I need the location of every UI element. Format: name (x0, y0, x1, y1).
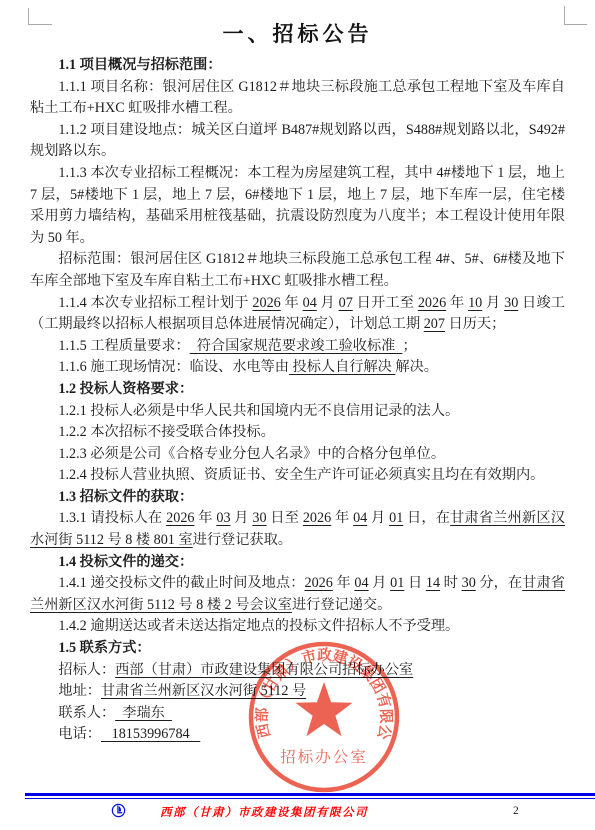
filled-blank-text: 04 (353, 510, 367, 526)
company-logo-icon (111, 802, 126, 819)
text-run: 月 (231, 510, 253, 526)
text-run: 年 (195, 510, 217, 526)
paragraph: 招标人：西部（甘肃）市政建设集团有限公司招标办公室 (30, 660, 565, 682)
text-run: 1.4.2 逾期送达或者未送达指定地点的投标文件招标人不予受理。 (58, 618, 459, 634)
paragraph: 1.2.1 投标人必须是中华人民共和国境内无不良信用记录的法人。 (30, 401, 565, 423)
filled-blank-text: 2026 (252, 295, 280, 311)
paragraph: 联系人： 李瑞东 (30, 703, 565, 725)
filled-blank-text: 207 (424, 316, 445, 332)
page-title: 一、招标公告 (30, 18, 565, 48)
filled-blank-text: 2026 (303, 510, 331, 526)
document-page: 一、招标公告 1.1 项目概况与招标范围：1.1.1 项目名称：银河居住区 G1… (0, 0, 595, 830)
filled-blank-text: 04 (303, 295, 317, 311)
paragraph: 1.2.2 本次招标不接受联合体投标。 (30, 422, 565, 444)
filled-blank-text: 2026 (304, 575, 332, 591)
filled-blank-text: 甘肃省兰州新区汉水河街 5112 号 (101, 683, 306, 699)
text-run: 1.3.1 请投标人在 (58, 510, 166, 526)
paragraph: 1.1.3 本次专业招标工程概况：本工程为房屋建筑工程，其中 4#楼地下 1 层… (30, 163, 565, 249)
text-run: 月 (369, 575, 391, 591)
text-run: ； (402, 338, 416, 354)
paragraph: 1.1.5 工程质量要求： 符合国家规范要求竣工验收标准 ； (30, 336, 565, 358)
filled-blank-text: 03 (216, 510, 230, 526)
filled-blank-text: 10 (468, 295, 482, 311)
filled-blank-text: 符合国家规范要求竣工验收标准 (190, 338, 403, 354)
text-run: 月 (317, 295, 339, 311)
paragraph: 1.2.3 必须是公司《合格专业分包人名录》中的合格分包单位。 (30, 444, 565, 466)
text-run: 1.1.6 施工现场情况：临设、水电等由 (58, 359, 289, 375)
text-run: 月 (482, 295, 504, 311)
text-run: 招标人： (58, 662, 115, 678)
text-boundary-mark-top-right (564, 6, 587, 25)
filled-blank-text: 30 (504, 295, 518, 311)
text-run: 日，在 (403, 510, 450, 526)
text-run: 月 (367, 510, 389, 526)
text-run: 1.3 招标文件的获取： (58, 489, 193, 505)
text-run: 1.1.2 项目建设地点：城关区白道坪 B487#规划路以西，S488#规划路以… (30, 122, 565, 160)
section-heading: 1.2 投标人资格要求： (30, 379, 565, 401)
text-run: 1.1 项目概况与招标范围： (58, 57, 221, 73)
text-run: 日 (404, 575, 426, 591)
text-run: 1.4 投标文件的递交： (58, 554, 193, 570)
text-run: 1.1.5 工程质量要求： (58, 338, 189, 354)
filled-blank-text: 30 (462, 575, 476, 591)
paragraph: 1.3.1 请投标人在 2026 年 03 月 30 日至 2026 年 04 … (30, 508, 565, 551)
text-run: 招标范围：银河居住区 G1812＃地块三标段施工总承包工程 4#、5#、6#楼及… (30, 251, 565, 289)
section-heading: 1.3 招标文件的获取： (30, 487, 565, 509)
text-run: 进行登记递交。 (292, 597, 391, 613)
section-heading: 1.5 联系方式： (30, 638, 565, 660)
text-run: 1.2.3 必须是公司《合格专业分包人名录》中的合格分包单位。 (58, 446, 445, 462)
paragraph: 1.1.2 项目建设地点：城关区白道坪 B487#规划路以西，S488#规划路以… (30, 120, 565, 163)
filled-blank-text: 西部（甘肃）市政建设集团有限公司招标办公室 (115, 662, 413, 678)
paragraph: 电话： 18153996784 (30, 724, 565, 746)
filled-blank-text: 01 (389, 510, 403, 526)
text-run: 1.2.4 投标人营业执照、资质证书、安全生产许可证必须真实且均在有效期内。 (58, 467, 544, 483)
text-run: 1.4.1 递交投标文件的截止时间及地点： (58, 575, 304, 591)
paragraph: 1.4.2 逾期送达或者未送达指定地点的投标文件招标人不予受理。 (30, 616, 565, 638)
text-run: 分，在 (476, 575, 522, 591)
filled-blank-text: 李瑞东 (115, 705, 172, 721)
text-run: 进行登记获取。 (193, 532, 292, 548)
paragraph: 1.1.1 项目名称：银河居住区 G1812＃地块三标段施工总承包工程地下室及车… (30, 77, 565, 120)
footer-company-name: 西部（甘肃）市政建设集团有限公司 (160, 804, 360, 820)
filled-blank-text: 04 (354, 575, 368, 591)
text-run: 1.1.1 项目名称：银河居住区 G1812＃地块三标段施工总承包工程地下室及车… (30, 79, 565, 117)
text-run: 日至 (267, 510, 303, 526)
text-run: 日开工至 (353, 295, 418, 311)
text-run: 1.1.4 本次专业招标工程计划于 (58, 295, 252, 311)
text-run: 联系人： (58, 705, 115, 721)
text-run: 年 (333, 575, 355, 591)
text-run: 年 (446, 295, 468, 311)
section-heading: 1.4 投标文件的递交： (30, 552, 565, 574)
text-run: 1.1.3 本次专业招标工程概况：本工程为房屋建筑工程，其中 4#楼地下 1 层… (30, 165, 569, 246)
document-body: 1.1 项目概况与招标范围：1.1.1 项目名称：银河居住区 G1812＃地块三… (30, 55, 565, 746)
filled-blank-text: 投标人自行解决 (289, 359, 395, 375)
paragraph: 1.1.6 施工现场情况：临设、水电等由 投标人自行解决 解决。 (30, 357, 565, 379)
footer-divider (25, 793, 595, 799)
filled-blank-text: 07 (339, 295, 353, 311)
seal-office-label: 招标办公室 (280, 747, 368, 766)
filled-blank-text: 30 (252, 510, 266, 526)
text-run: 时 (440, 575, 462, 591)
document-content: 一、招标公告 1.1 项目概况与招标范围：1.1.1 项目名称：银河居住区 G1… (30, 14, 565, 746)
filled-blank-text: 2026 (418, 295, 446, 311)
text-run: 电话： (58, 726, 101, 742)
paragraph: 1.2.4 投标人营业执照、资质证书、安全生产许可证必须真实且均在有效期内。 (30, 465, 565, 487)
text-run: 年 (281, 295, 303, 311)
page-number: 2 (513, 805, 519, 817)
text-run: 日历天； (445, 316, 505, 332)
filled-blank-text: 2026 (166, 510, 194, 526)
paragraph: 1.1.4 本次专业招标工程计划于 2026 年 04 月 07 日开工至 20… (30, 293, 565, 336)
paragraph: 招标范围：银河居住区 G1812＃地块三标段施工总承包工程 4#、5#、6#楼及… (30, 249, 565, 292)
section-heading: 1.1 项目概况与招标范围： (30, 55, 565, 77)
filled-blank-text: 18153996784 (101, 726, 200, 742)
paragraph: 地址：甘肃省兰州新区汉水河街 5112 号 (30, 681, 565, 703)
text-run: 解决。 (395, 359, 438, 375)
text-run: 年 (331, 510, 353, 526)
text-run: 地址： (58, 683, 101, 699)
filled-blank-text: 01 (390, 575, 404, 591)
paragraph: 1.4.1 递交投标文件的截止时间及地点：2026 年 04 月 01 日 14… (30, 573, 565, 616)
text-run: 1.2.2 本次招标不接受联合体投标。 (58, 424, 274, 440)
text-run: 1.2 投标人资格要求： (58, 381, 193, 397)
text-run: 1.5 联系方式： (58, 640, 150, 656)
text-run: 1.2.1 投标人必须是中华人民共和国境内无不良信用记录的法人。 (58, 403, 459, 419)
filled-blank-text: 14 (426, 575, 440, 591)
